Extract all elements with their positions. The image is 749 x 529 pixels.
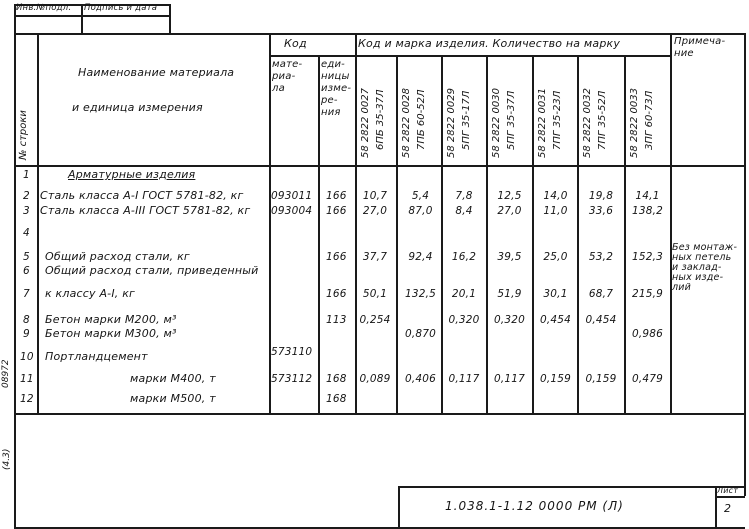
row-material-code: 093011 bbox=[271, 190, 312, 202]
product-code: 58 2822 0031 bbox=[537, 88, 548, 158]
row-value: 14,1 bbox=[628, 190, 667, 202]
row-value: 132,5 bbox=[403, 288, 438, 300]
row-value: 0,870 bbox=[403, 328, 438, 340]
row-unit-code: 166 bbox=[326, 251, 347, 263]
row-value: 14,0 bbox=[537, 190, 574, 202]
sheet-label: Лист bbox=[717, 486, 738, 495]
stamp-sign-label: Подпись и дата bbox=[84, 3, 157, 13]
row-value: 0,320 bbox=[490, 314, 529, 326]
inventory-number: 08972 bbox=[1, 359, 11, 388]
row-material-code: 573112 bbox=[271, 373, 312, 385]
product-code: 58 2822 0030 bbox=[491, 88, 502, 158]
row-number: 5 bbox=[23, 251, 30, 263]
row-number: 10 bbox=[20, 351, 34, 363]
row-value: 0,117 bbox=[490, 373, 529, 385]
product-code: 58 2822 0032 bbox=[582, 88, 593, 158]
row-value: 8,4 bbox=[445, 205, 483, 217]
row-value: 138,2 bbox=[628, 205, 667, 217]
row-number: 12 bbox=[20, 393, 34, 405]
row-name: Портландцемент bbox=[45, 350, 148, 363]
row-name: Сталь класса А-I ГОСТ 5781-82, кг bbox=[40, 189, 243, 202]
row-value: 27,0 bbox=[357, 205, 393, 217]
row-value: 33,6 bbox=[581, 205, 621, 217]
header-code-unit: еди- ницы изме- ре- ния bbox=[321, 59, 351, 119]
row-number: 4 bbox=[23, 227, 30, 239]
row-number: 3 bbox=[23, 205, 30, 217]
header-name-line2: и единица измерения bbox=[72, 101, 203, 114]
row-value: 12,5 bbox=[490, 190, 529, 202]
header-product-group: Код и марка изделия. Количество на марку bbox=[358, 37, 620, 50]
row-value: 7,8 bbox=[445, 190, 483, 202]
row-value: 0,454 bbox=[581, 314, 621, 326]
row-value: 10,7 bbox=[357, 190, 393, 202]
row-unit-code: 168 bbox=[326, 393, 347, 405]
row-number: 2 bbox=[23, 190, 30, 202]
row-value: 5,4 bbox=[403, 190, 438, 202]
row-name: Общий расход стали, кг bbox=[45, 250, 190, 263]
row-unit-code: 166 bbox=[326, 288, 347, 300]
row-name: к классу А-I, кг bbox=[45, 287, 135, 300]
row-number: 8 bbox=[23, 314, 30, 326]
row-value: 0,986 bbox=[628, 328, 667, 340]
note-text: Без монтаж- ных петель и заклад- ных изд… bbox=[672, 243, 737, 293]
header-row-number: № строки bbox=[18, 110, 29, 160]
product-code: 58 2822 0027 bbox=[360, 88, 371, 158]
row-value: 53,2 bbox=[581, 251, 621, 263]
row-number: 1 bbox=[23, 169, 30, 181]
stamp-inv-label: Инв.№подл. bbox=[16, 3, 71, 13]
row-value: 87,0 bbox=[403, 205, 438, 217]
row-number: 9 bbox=[23, 328, 30, 340]
row-value: 68,7 bbox=[581, 288, 621, 300]
product-mark: 5ПГ 35-17Л bbox=[461, 91, 472, 150]
product-mark: 7ПГ 35-52Л bbox=[597, 91, 608, 150]
format-mark: (4.3) bbox=[2, 449, 12, 470]
row-value: 51,9 bbox=[490, 288, 529, 300]
row-value: 0,479 bbox=[628, 373, 667, 385]
row-name: марки М400, т bbox=[130, 372, 216, 385]
product-code: 58 2822 0029 bbox=[446, 88, 457, 158]
row-value: 0,254 bbox=[357, 314, 393, 326]
row-value: 215,9 bbox=[628, 288, 667, 300]
row-value: 0,159 bbox=[581, 373, 621, 385]
row-value: 25,0 bbox=[537, 251, 574, 263]
row-value: 92,4 bbox=[403, 251, 438, 263]
row-unit-code: 113 bbox=[326, 314, 347, 326]
row-name: марки М500, т bbox=[130, 392, 216, 405]
header-code: Код bbox=[284, 37, 307, 50]
product-mark: 5ПГ 35-37Л bbox=[506, 91, 517, 150]
row-unit-code: 166 bbox=[326, 190, 347, 202]
product-mark: 3ПГ 60-73Л bbox=[644, 91, 655, 150]
product-code: 58 2822 0028 bbox=[401, 88, 412, 158]
row-value: 0,406 bbox=[403, 373, 438, 385]
row-number: 7 bbox=[23, 288, 30, 300]
row-name: Сталь класса А-III ГОСТ 5781-82, кг bbox=[40, 204, 250, 217]
row-value: 0,454 bbox=[537, 314, 574, 326]
row-name: Арматурные изделия bbox=[68, 168, 195, 181]
row-value: 39,5 bbox=[490, 251, 529, 263]
header-code-material: мате- риа- ла bbox=[272, 59, 302, 95]
row-name: Бетон марки М200, м³ bbox=[45, 313, 177, 326]
product-mark: 6ПБ 35-37Л bbox=[375, 90, 386, 151]
product-mark: 7ПБ 60-52Л bbox=[416, 90, 427, 151]
header-name-line1: Наименование материала bbox=[78, 66, 234, 79]
row-value: 30,1 bbox=[537, 288, 574, 300]
row-value: 16,2 bbox=[445, 251, 483, 263]
row-number: 11 bbox=[20, 373, 34, 385]
row-value: 11,0 bbox=[537, 205, 574, 217]
row-value: 0,117 bbox=[445, 373, 483, 385]
row-value: 0,320 bbox=[445, 314, 483, 326]
row-name: Общий расход стали, приведенный bbox=[45, 264, 258, 277]
row-value: 27,0 bbox=[490, 205, 529, 217]
row-value: 152,3 bbox=[628, 251, 667, 263]
row-value: 37,7 bbox=[357, 251, 393, 263]
row-value: 50,1 bbox=[357, 288, 393, 300]
row-unit-code: 166 bbox=[326, 205, 347, 217]
row-unit-code: 168 bbox=[326, 373, 347, 385]
document-designation: 1.038.1-1.12 0000 РМ (Л) bbox=[445, 499, 624, 513]
row-name: Бетон марки М300, м³ bbox=[45, 327, 177, 340]
row-number: 6 bbox=[23, 265, 30, 277]
row-value: 20,1 bbox=[445, 288, 483, 300]
row-value: 0,159 bbox=[537, 373, 574, 385]
header-note: Примеча- ние bbox=[674, 36, 725, 60]
row-value: 0,089 bbox=[357, 373, 393, 385]
row-material-code: 573110 bbox=[271, 346, 312, 358]
product-mark: 7ПГ 35-23Л bbox=[552, 91, 563, 150]
row-value: 19,8 bbox=[581, 190, 621, 202]
row-material-code: 093004 bbox=[271, 205, 312, 217]
sheet-number: 2 bbox=[724, 502, 731, 515]
product-code: 58 2822 0033 bbox=[629, 88, 640, 158]
